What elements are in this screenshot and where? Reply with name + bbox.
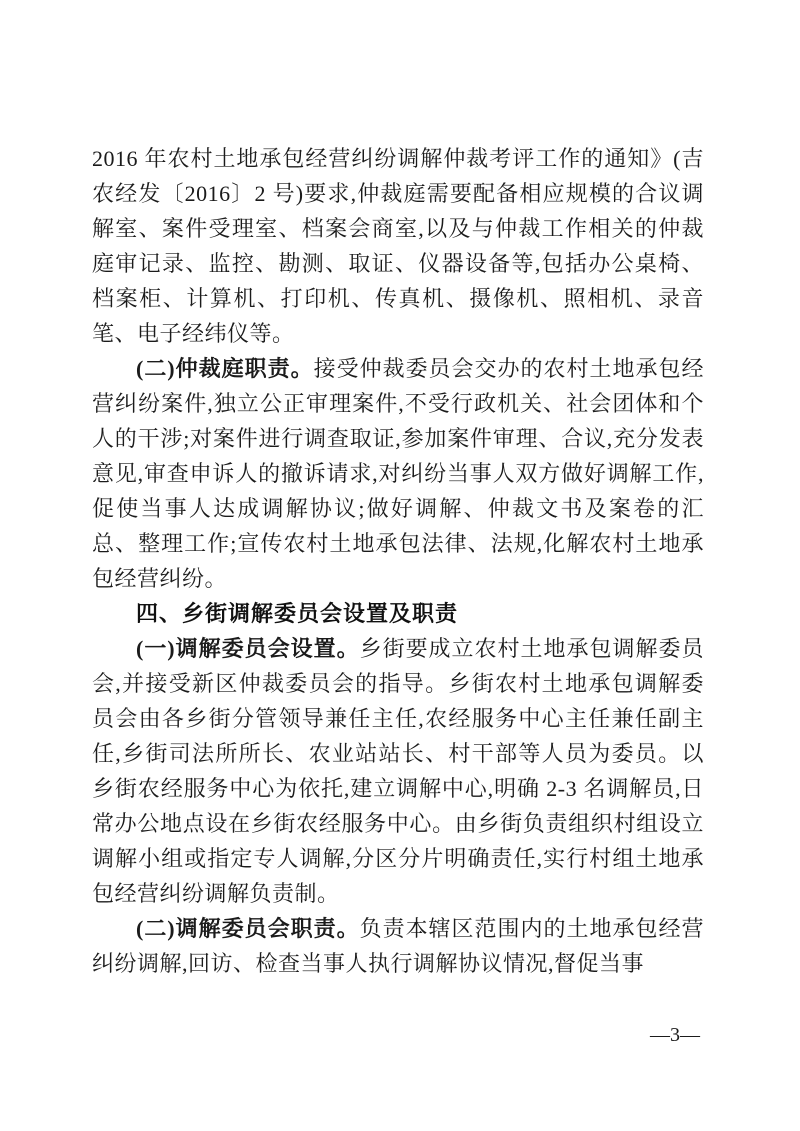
paragraph-mediation-committee-duties: (二)调解委员会职责。负责本辖区范围内的土地承包经营纠纷调解,回访、检查当事人执… — [92, 911, 704, 981]
paragraph-lead: (一)调解委员会设置。 — [136, 636, 360, 661]
paragraph-lead: (二)调解委员会职责。 — [136, 916, 360, 941]
paragraph-text: 2016 年农村土地承包经营纠纷调解仲裁考评工作的通知》(吉农经发〔2016〕2… — [92, 146, 704, 346]
document-page: 2016 年农村土地承包经营纠纷调解仲裁考评工作的通知》(吉农经发〔2016〕2… — [0, 0, 800, 1131]
page-body: 2016 年农村土地承包经营纠纷调解仲裁考评工作的通知》(吉农经发〔2016〕2… — [92, 141, 704, 981]
paragraph-continuation: 2016 年农村土地承包经营纠纷调解仲裁考评工作的通知》(吉农经发〔2016〕2… — [92, 141, 704, 351]
paragraph-mediation-committee-setup: (一)调解委员会设置。乡街要成立农村土地承包调解委员会,并接受新区仲裁委员会的指… — [92, 631, 704, 911]
section-heading: 四、乡街调解委员会设置及职责 — [92, 596, 704, 631]
paragraph-arbitration-tribunal-duties: (二)仲裁庭职责。接受仲裁委员会交办的农村土地承包经营纠纷案件,独立公正审理案件… — [92, 351, 704, 596]
page-number: —3— — [650, 1023, 700, 1047]
paragraph-text: 接受仲裁委员会交办的农村土地承包经营纠纷案件,独立公正审理案件,不受行政机关、社… — [92, 356, 704, 591]
paragraph-lead: (二)仲裁庭职责。 — [136, 356, 314, 381]
paragraph-text: 乡街要成立农村土地承包调解委员会,并接受新区仲裁委员会的指导。乡街农村土地承包调… — [92, 636, 704, 906]
